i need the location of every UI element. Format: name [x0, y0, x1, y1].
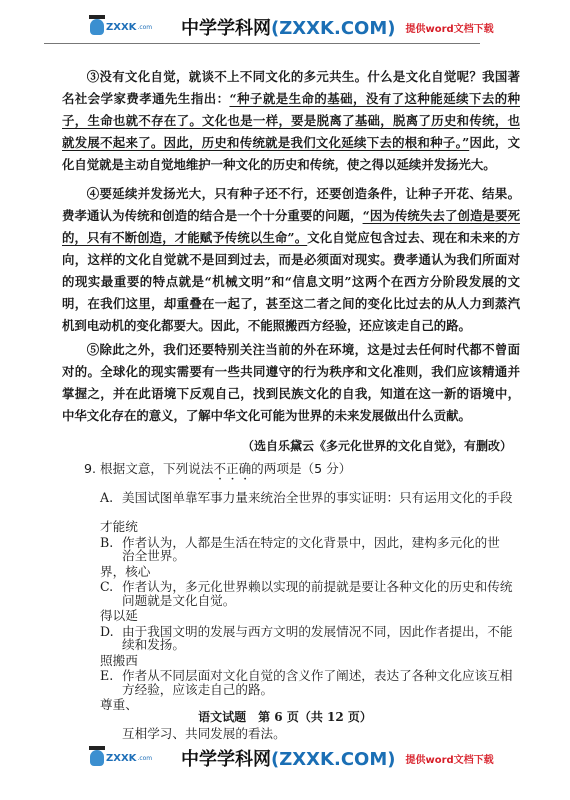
site-domain: (ZXXK.COM): [271, 749, 395, 770]
article-paragraph-5: ⑤除此之外，我们还要特别关注当前的外在环境，这是过去任何时代都不曾面对的。全球化…: [62, 339, 520, 427]
site-domain: (ZXXK.COM): [271, 18, 395, 39]
paragraph-text: ⑤除此之外，我们还要特别关注当前的外在环境，这是过去任何时代都不曾面对的。全球化…: [62, 339, 520, 427]
article-paragraph-4: ④要延续并发扬光大，只有种子还不行，还要创造条件，让种子开花、结果。费孝通认为传…: [62, 183, 520, 337]
download-note: 提供word文档下载: [405, 20, 493, 35]
paragraph-text: 文化自觉应包含过去、现在和未来的方向，这样的文化自觉就不是回到过去，而是必须面对…: [62, 230, 520, 333]
logo-suffix: .com: [137, 755, 152, 762]
stem-text: 根据文意，下列说法: [100, 461, 213, 476]
site-title: 中学学科网(ZXXK.COM): [181, 745, 395, 771]
zxxk-logo: ZXXK .com: [90, 16, 165, 38]
question-number: 9.: [84, 461, 96, 476]
logo-brand: ZXXK: [106, 22, 136, 33]
site-header-bottom: ZXXK .com 中学学科网(ZXXK.COM) 提供word文档下载: [0, 743, 570, 773]
page-number: 语文试题 第 6 页（共 12 页）: [0, 708, 570, 725]
download-note: 提供word文档下载: [405, 751, 493, 766]
header-divider: [44, 43, 480, 44]
option-label: A.: [100, 483, 122, 512]
option-label: D.: [100, 617, 122, 646]
option-label: B.: [100, 528, 122, 557]
option-e: E.作者从不同层面对文化自觉的含义作了阐述，表达了各种文化应该互相尊重、 互相学…: [100, 661, 515, 748]
article-source: （选自乐黛云《多元化世界的文化自觉》，有删改）: [242, 437, 512, 454]
site-name: 中学学科网: [181, 18, 271, 39]
stem-emphasis: 不正确: [213, 461, 251, 476]
site-title: 中学学科网(ZXXK.COM): [181, 14, 395, 40]
article-paragraph-3: ③没有文化自觉，就谈不上不同文化的多元共生。什么是文化自觉呢？我国著名社会学家费…: [62, 66, 520, 176]
option-label: C.: [100, 572, 122, 601]
zxxk-logo: ZXXK .com: [90, 747, 165, 769]
site-header-top: ZXXK .com 中学学科网(ZXXK.COM) 提供word文档下载: [0, 12, 570, 42]
mascot-icon: [90, 19, 104, 35]
logo-brand: ZXXK: [106, 753, 136, 764]
site-name: 中学学科网: [181, 749, 271, 770]
option-label: E.: [100, 661, 122, 690]
logo-suffix: .com: [137, 24, 152, 31]
question-stem: 9. 根据文意，下列说法不正确的两项是（5 分）: [84, 458, 351, 483]
stem-text: 的两项是（5 分）: [251, 461, 351, 476]
mascot-icon: [90, 750, 104, 766]
option-text: 作者从不同层面对文化自觉的含义作了阐述，表达了各种文化应该互相尊重、: [100, 668, 512, 712]
